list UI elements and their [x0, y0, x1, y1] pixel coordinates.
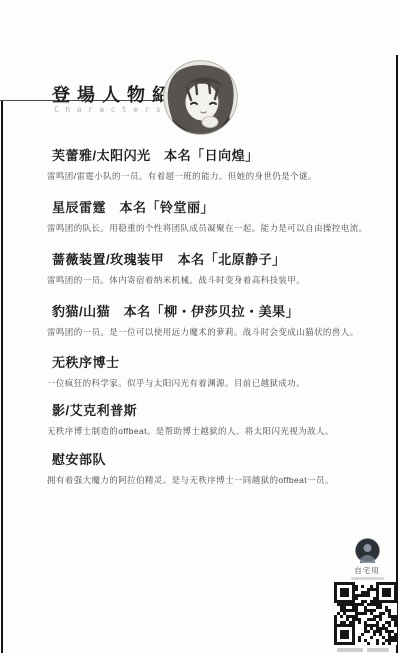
character-description: 雷鸣团/雷霆小队的一员。有着超一班的能力。但她的身世仍是个谜。 [0, 170, 400, 182]
character-description: 雷鸣团的一员。是一位可以使用远力魔术的萝莉。战斗时会变成山猫状的兽人。 [0, 326, 400, 338]
qr-caption-placeholder [367, 648, 389, 652]
character-entry: 无秩序博士 一位疯狂的科学家。似乎与太阳闪光有着渊源。目前已越狱成功。 [0, 352, 400, 389]
page-subtitle-en: Characters [54, 105, 167, 114]
qr-finder-top-right [376, 582, 397, 603]
publisher-avatar [355, 538, 380, 563]
character-entry: 影/艾克利普斯 无秩序博士制造的offbeat。是帮助博士越狱的人。将太阳闪光视… [0, 400, 400, 437]
character-name: 豹猫/山猫 本名「柳・伊莎贝拉・美果」 [0, 301, 400, 320]
character-description: 雷鸣团的一员。体内寄宿着纳米机械。战斗时变身着高科技装甲。 [0, 274, 400, 286]
character-intro-page: 登場人物紹介 Characters 芙蕾雅/太阳闪光 本名「日向煌」 雷鸣团/ [0, 0, 400, 655]
publisher-name: 自宅用 [343, 565, 391, 576]
character-entry: 芙蕾雅/太阳闪光 本名「日向煌」 雷鸣团/雷霆小队的一员。有着超一班的能力。但她… [0, 145, 400, 182]
character-name: 无秩序博士 [0, 352, 400, 371]
character-entry: 豹猫/山猫 本名「柳・伊莎贝拉・美果」 雷鸣团的一员。是一位可以使用远力魔术的萝… [0, 301, 400, 338]
character-name: 慰安部队 [0, 449, 400, 468]
character-description: 无秩序博士制造的offbeat。是帮助博士越狱的人。将太阳闪光视为敌人。 [0, 425, 400, 437]
qr-finder-bottom-left [334, 624, 355, 645]
character-description: 一位疯狂的科学家。似乎与太阳闪光有着渊源。目前已越狱成功。 [0, 377, 400, 389]
character-name: 蔷薇装置/玫瑰装甲 本名「北原静子」 [0, 249, 400, 268]
manga-girl-portrait-icon [163, 60, 238, 135]
character-description: 雷鸣团的队长。用稳重的个性将团队成员凝聚在一起。能力是可以自由操控电流。 [0, 222, 400, 234]
character-entry: 星辰雷霆 本名「铃堂丽」 雷鸣团的队长。用稳重的个性将团队成员凝聚在一起。能力是… [0, 197, 400, 234]
character-description: 拥有着强大魔力的阿拉伯精灵。是与无秩序博士一同越狱的offbeat一员。 [0, 474, 400, 486]
character-name: 星辰雷霆 本名「铃堂丽」 [0, 197, 400, 216]
qr-caption-placeholder [337, 648, 363, 652]
character-name: 影/艾克利普斯 [0, 400, 400, 419]
character-entry: 慰安部队 拥有着强大魔力的阿拉伯精灵。是与无秩序博士一同越狱的offbeat一员… [0, 449, 400, 486]
qr-code [334, 582, 397, 645]
avatar-icon [355, 538, 380, 563]
character-entry: 蔷薇装置/玫瑰装甲 本名「北原静子」 雷鸣团的一员。体内寄宿着纳米机械。战斗时变… [0, 249, 400, 286]
character-name: 芙蕾雅/太阳闪光 本名「日向煌」 [0, 145, 400, 164]
character-portrait-image [163, 60, 238, 135]
qr-finder-top-left [334, 582, 355, 603]
publisher-id-placeholder [351, 577, 384, 580]
